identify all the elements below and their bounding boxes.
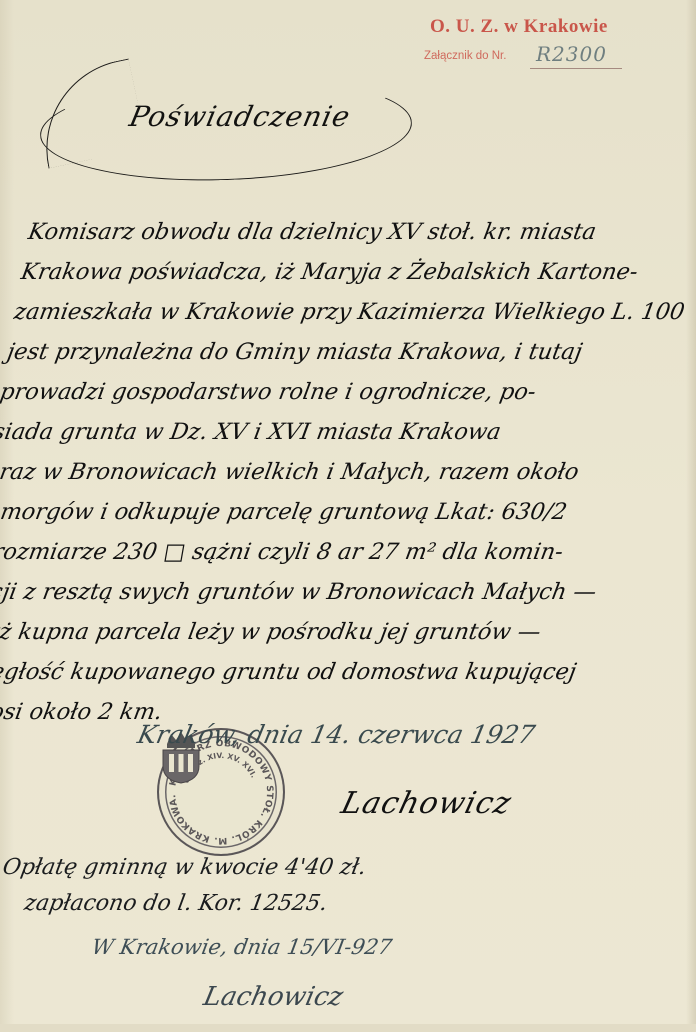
body-line: jest przynależna do Gminy miasta Krakowa…: [4, 332, 671, 372]
fee-note: Opłatę gminną w kwocie 4'40 zł. zapłacon…: [0, 850, 369, 922]
certificate-body: Komisarz obwodu dla dzielnicy XV stoł. k…: [0, 212, 692, 732]
body-line: Komisarz obwodu dla dzielnicy XV stoł. k…: [25, 212, 692, 252]
registry-stamp-office: O. U. Z. w Krakowie: [430, 16, 608, 38]
body-line: Krakowa poświadcza, iż Maryja z Żebalski…: [18, 252, 685, 292]
body-line: sacji z resztą swych gruntów w Bronowica…: [0, 572, 629, 612]
body-line: prowadzi gospodarstwo rolne i ogrodnicze…: [0, 372, 664, 412]
registry-stamp-underline: [530, 68, 622, 69]
registry-reference-number: R2300: [536, 42, 607, 66]
place-and-date: Kraków, dnia 14. czerwca 1927: [135, 720, 538, 749]
fee-note-signature: Lachowicz: [201, 982, 346, 1012]
body-line: zamieszkała w Krakowie przy Kazimierza W…: [11, 292, 678, 332]
body-line: oraz w Bronowicach wielkich i Małych, ra…: [0, 452, 650, 492]
document-title: Poświadczenie: [126, 100, 353, 133]
commissioner-signature: Lachowicz: [338, 786, 516, 821]
registry-stamp: O. U. Z. w Krakowie Załącznik do Nr. R23…: [418, 6, 618, 76]
fee-note-line: Opłatę gminną w kwocie 4'40 zł.: [0, 850, 369, 886]
body-line: Odległość kupowanego gruntu od domostwa …: [0, 652, 614, 692]
body-line: siada grunta w Dz. XV i XVI miasta Krako…: [0, 412, 657, 452]
body-line: 7 morgów i odkupuje parcelę gruntową Lka…: [0, 492, 643, 532]
body-line: gdyż kupna parcela leży w pośrodku jej g…: [0, 612, 621, 652]
fee-note-place-date: W Krakowie, dnia 15/VI-927: [90, 935, 394, 959]
scan-bottom-edge: [0, 1024, 696, 1032]
fee-note-line: zapłacono do l. Kor. 12525.: [0, 886, 363, 922]
registry-stamp-label: Załącznik do Nr.: [424, 50, 506, 62]
body-line: o rozmiarze 230 □ sążni czyli 8 ar 27 m²…: [0, 532, 636, 572]
